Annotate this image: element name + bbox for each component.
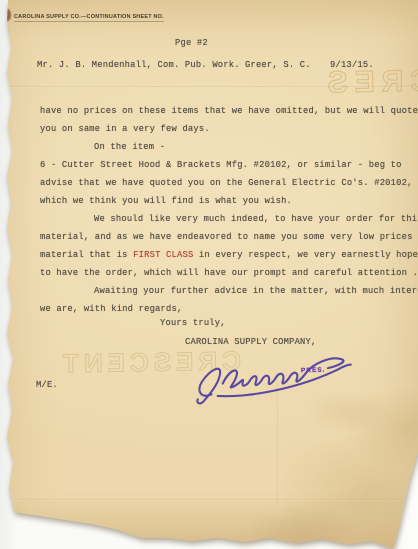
body-line-highlighted: material that is FIRST CLASS in every re… bbox=[40, 246, 414, 264]
scanned-letter-page: CRES CRESCENT CAROLINA SUPPLY CO.—CONTIN… bbox=[0, 0, 418, 549]
body-line: advise that we have quoted you on the Ge… bbox=[40, 174, 414, 192]
paper-shadow: CRES CRESCENT CAROLINA SUPPLY CO.—CONTIN… bbox=[0, 0, 418, 549]
fold-crease bbox=[8, 86, 418, 88]
handwritten-signature bbox=[186, 334, 360, 408]
ink-spot bbox=[4, 9, 11, 21]
body-line: you on same in a very few days. bbox=[40, 120, 414, 138]
letterhead-stamp: CAROLINA SUPPLY CO.—CONTINUATION SHEET N… bbox=[14, 14, 164, 22]
page-number-label: Pge #2 bbox=[175, 38, 208, 48]
title-stamp: PRES. bbox=[301, 367, 326, 375]
body-line: we are, with kind regards, bbox=[40, 300, 414, 318]
recipient-line: Mr. J. B. Mendenhall, Com. Pub. Work. bbox=[37, 60, 240, 70]
body-text: in every respect, we very earnestly hope bbox=[193, 250, 418, 260]
typist-initials: M/E. bbox=[36, 380, 58, 390]
fold-crease bbox=[8, 499, 418, 501]
body-line: to have the order, which will have our p… bbox=[40, 264, 414, 282]
body-line: Awaiting your further advice in the matt… bbox=[40, 282, 414, 300]
ink-spot bbox=[5, 45, 9, 51]
city-line: Greer, S. C. bbox=[245, 60, 311, 70]
letter-body: have no prices on these items that we ha… bbox=[40, 102, 414, 318]
paper-sheet: CRES CRESCENT CAROLINA SUPPLY CO.—CONTIN… bbox=[0, 0, 418, 549]
date-line: 9/13/15. bbox=[330, 60, 374, 70]
body-line: material, and as we have endeavored to n… bbox=[40, 228, 414, 246]
body-line: We should like very much indeed, to have… bbox=[40, 210, 414, 228]
body-line: which we think you will find is what you… bbox=[40, 192, 414, 210]
ink-spot bbox=[2, 27, 8, 36]
body-text: material that is bbox=[40, 250, 133, 260]
body-line: have no prices on these items that we ha… bbox=[40, 102, 414, 120]
body-line: 6 - Cutter Street Hood & Brackets Mfg. #… bbox=[40, 156, 414, 174]
valediction: Yours truly, bbox=[160, 318, 226, 328]
body-line: On the item - bbox=[40, 138, 414, 156]
red-emphasis-text: FIRST CLASS bbox=[133, 250, 193, 260]
